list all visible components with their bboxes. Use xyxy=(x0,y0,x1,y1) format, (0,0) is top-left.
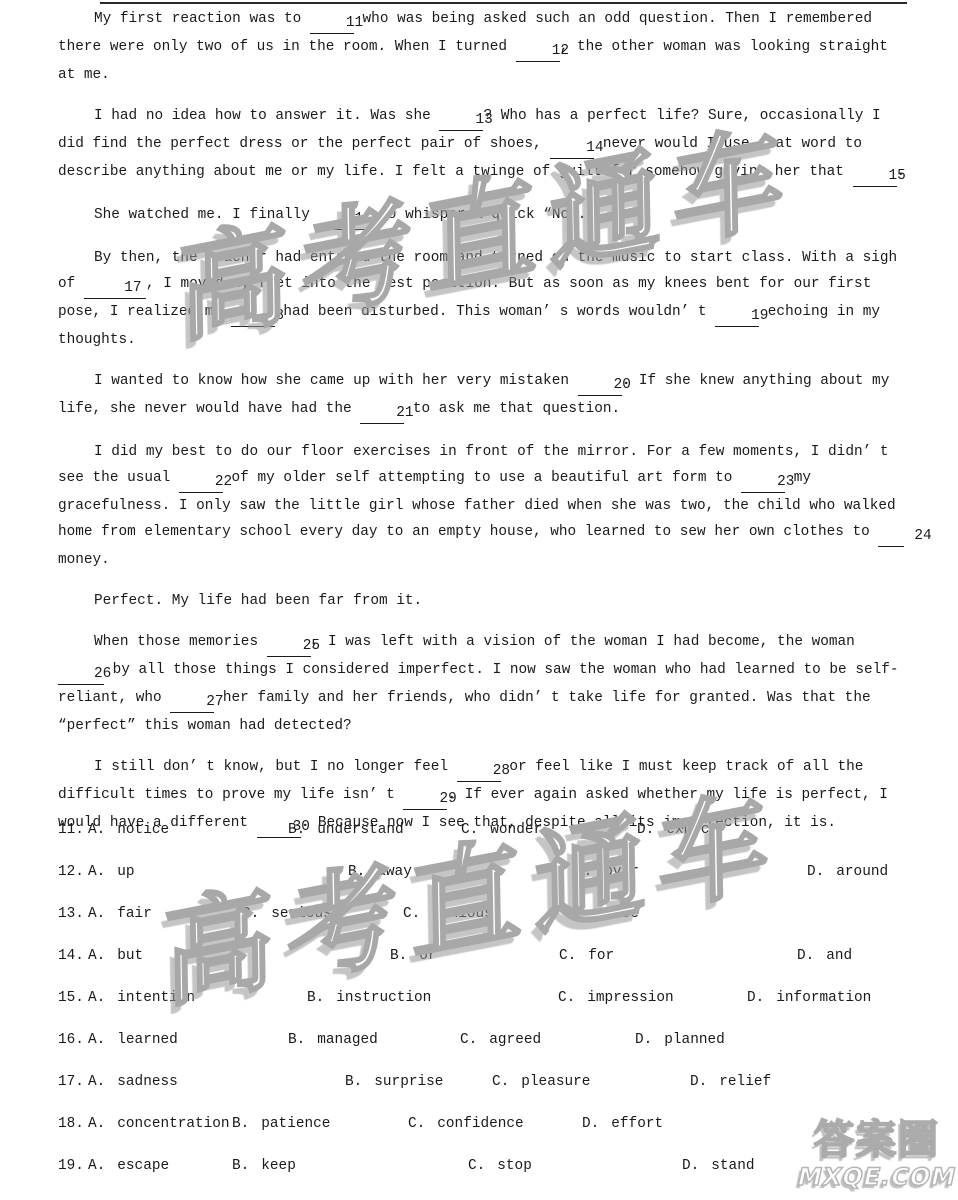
option-16-A: A.learned xyxy=(88,1027,178,1053)
option-text: up xyxy=(117,864,134,880)
option-label: D. xyxy=(635,1032,652,1048)
option-label: D. xyxy=(682,1158,699,1174)
blank-group: 17, xyxy=(84,276,155,292)
blank-group: 11 xyxy=(310,11,354,27)
paragraph: I wanted to know how she came up with he… xyxy=(58,368,908,424)
option-label: D. xyxy=(575,906,592,922)
paragraph: My first reaction was to 11 who was bein… xyxy=(58,6,908,88)
option-text: effort xyxy=(611,1116,663,1132)
option-label: A. xyxy=(88,1116,105,1132)
option-15-A: A.intention xyxy=(88,985,195,1011)
option-text: serious xyxy=(271,906,331,922)
option-text: notice xyxy=(117,822,169,838)
blank-group: 25, xyxy=(267,634,320,650)
cloze-blank-25: 25 xyxy=(267,637,311,657)
option-text: escape xyxy=(117,1158,169,1174)
option-text: for xyxy=(588,948,614,964)
option-label: C. xyxy=(408,1116,425,1132)
cloze-blank-21: 21 xyxy=(360,404,404,424)
blank-group: 14 xyxy=(550,136,594,152)
question-number: 16. xyxy=(58,1027,84,1053)
option-label: A. xyxy=(88,822,105,838)
blank-group: 28 xyxy=(457,759,501,775)
option-label: A. xyxy=(88,864,105,880)
option-label: B. xyxy=(242,906,259,922)
option-text: planned xyxy=(664,1032,724,1048)
question-number: 15. xyxy=(58,985,84,1011)
question-row-19: 19.A.escapeB.keepC.stopD.stand xyxy=(58,1153,918,1179)
option-text: anxious xyxy=(432,906,492,922)
option-text: stand xyxy=(711,1158,754,1174)
question-row-16: 16.A.learnedB.managedC.agreedD.planned xyxy=(58,1027,918,1053)
option-text: expect xyxy=(666,822,718,838)
question-row-11: 11.A.noticeB.understandC.wonderD.expect xyxy=(58,817,918,843)
option-label: D. xyxy=(797,948,814,964)
option-16-C: C.agreed xyxy=(460,1027,541,1053)
question-number: 11. xyxy=(58,817,84,843)
option-label: C. xyxy=(461,822,478,838)
option-label: A. xyxy=(88,1032,105,1048)
option-11-B: B.understand xyxy=(288,817,404,843)
question-number: 13. xyxy=(58,901,84,927)
scanned-exam-page: My first reaction was to 11 who was bein… xyxy=(0,0,958,1200)
option-label: C. xyxy=(403,906,420,922)
option-16-B: B.managed xyxy=(288,1027,378,1053)
cloze-blank-14: 14 xyxy=(550,139,594,159)
option-label: A. xyxy=(88,948,105,964)
option-14-A: A.but xyxy=(88,943,143,969)
option-label: D. xyxy=(582,1116,599,1132)
option-text: or xyxy=(419,948,436,964)
question-list: 11.A.noticeB.understandC.wonderD.expect1… xyxy=(58,817,918,1195)
option-label: C. xyxy=(559,948,576,964)
option-12-C: C.over xyxy=(575,859,639,885)
cloze-blank-27: 27 xyxy=(170,693,214,713)
option-13-C: C.anxious xyxy=(403,901,493,927)
cloze-blank-19: 19 xyxy=(715,307,759,327)
paragraph: By then, the teacher had entered the roo… xyxy=(58,245,908,353)
option-label: B. xyxy=(345,1074,362,1090)
option-15-C: C.impression xyxy=(558,985,674,1011)
blank-group: 27 xyxy=(170,690,214,706)
paragraph: I did my best to do our floor exercises … xyxy=(58,439,908,573)
option-text: stop xyxy=(497,1158,532,1174)
blank-group: 24 xyxy=(878,524,904,540)
blank-group: 23 xyxy=(741,470,785,486)
question-row-17: 17.A.sadnessB.surpriseC.pleasureD.relief xyxy=(58,1069,918,1095)
option-text: learned xyxy=(117,1032,177,1048)
cloze-blank-15: 15 xyxy=(853,167,897,187)
option-text: away xyxy=(377,864,412,880)
question-row-14: 14.A.butB.orC.forD.and xyxy=(58,943,918,969)
option-label: D. xyxy=(807,864,824,880)
option-text: fair xyxy=(117,906,152,922)
cloze-blank-18: 18 xyxy=(231,307,275,327)
option-17-A: A.sadness xyxy=(88,1069,178,1095)
option-text: instruction xyxy=(336,990,431,1006)
cloze-blank-17: 17 xyxy=(84,279,146,299)
paragraph: She watched me. I finally 16 to whisper … xyxy=(58,202,908,230)
option-text: managed xyxy=(317,1032,377,1048)
option-text: sadness xyxy=(117,1074,177,1090)
blank-group: 26 xyxy=(58,662,104,678)
option-13-B: B.serious xyxy=(242,901,332,927)
question-number: 19. xyxy=(58,1153,84,1179)
option-text: patience xyxy=(261,1116,330,1132)
option-label: B. xyxy=(232,1116,249,1132)
option-label: B. xyxy=(232,1158,249,1174)
cloze-blank-12: 12 xyxy=(516,42,560,62)
option-13-D: D.wise xyxy=(575,901,639,927)
option-text: and xyxy=(826,948,852,964)
cloze-passage: My first reaction was to 11 who was bein… xyxy=(58,6,908,853)
option-label: D. xyxy=(690,1074,707,1090)
option-14-B: B.or xyxy=(390,943,437,969)
cloze-blank-29: 29 xyxy=(403,790,447,810)
cloze-blank-13: 13 xyxy=(439,111,483,131)
option-14-C: C.for xyxy=(559,943,614,969)
option-text: wonder xyxy=(490,822,542,838)
option-label: B. xyxy=(348,864,365,880)
option-text: keep xyxy=(261,1158,296,1174)
option-text: understand xyxy=(317,822,403,838)
option-label: A. xyxy=(88,1158,105,1174)
blank-group: 15. xyxy=(853,164,906,180)
option-text: relief xyxy=(719,1074,771,1090)
cloze-blank-16: 16 xyxy=(319,210,371,230)
option-text: surprise xyxy=(374,1074,443,1090)
option-label: B. xyxy=(390,948,407,964)
question-number: 18. xyxy=(58,1111,84,1137)
blank-group: 22 xyxy=(179,470,223,486)
question-number: 12. xyxy=(58,859,84,885)
option-18-C: C.confidence xyxy=(408,1111,524,1137)
option-17-D: D.relief xyxy=(690,1069,771,1095)
option-12-D: D.around xyxy=(807,859,888,885)
option-17-C: C.pleasure xyxy=(492,1069,590,1095)
blank-group: 18 xyxy=(231,304,275,320)
option-label: B. xyxy=(288,822,305,838)
top-horizontal-rule xyxy=(100,2,907,4)
option-12-B: B.away xyxy=(348,859,412,885)
option-label: A. xyxy=(88,906,105,922)
cloze-blank-23: 23 xyxy=(741,473,785,493)
question-number: 14. xyxy=(58,943,84,969)
option-18-B: B.patience xyxy=(232,1111,330,1137)
cloze-blank-26: 26 xyxy=(58,665,104,685)
cloze-blank-24: 24 xyxy=(878,527,904,547)
cloze-blank-22: 22 xyxy=(179,473,223,493)
option-label: D. xyxy=(747,990,764,1006)
paragraph: When those memories 25, I was left with … xyxy=(58,629,908,739)
question-row-15: 15.A.intentionB.instructionC.impressionD… xyxy=(58,985,918,1011)
option-text: over xyxy=(604,864,639,880)
blank-group: 19 xyxy=(715,304,759,320)
option-label: A. xyxy=(88,1074,105,1090)
option-text: wise xyxy=(604,906,639,922)
blank-group: 13? xyxy=(439,108,492,124)
question-number: 17. xyxy=(58,1069,84,1095)
option-text: around xyxy=(836,864,888,880)
option-19-C: C.stop xyxy=(468,1153,532,1179)
cloze-blank-20: 20 xyxy=(578,376,622,396)
option-19-A: A.escape xyxy=(88,1153,169,1179)
option-18-D: D.effort xyxy=(582,1111,663,1137)
blank-group: 21 xyxy=(360,401,404,417)
option-text: concentration xyxy=(117,1116,229,1132)
question-row-13: 13.A.fairB.seriousC.anxiousD.wise xyxy=(58,901,918,927)
option-13-A: A.fair xyxy=(88,901,152,927)
option-label: B. xyxy=(288,1032,305,1048)
cloze-blank-28: 28 xyxy=(457,762,501,782)
option-14-D: D.and xyxy=(797,943,852,969)
option-label: C. xyxy=(468,1158,485,1174)
option-11-A: A.notice xyxy=(88,817,169,843)
option-label: A. xyxy=(88,990,105,1006)
option-12-A: A.up xyxy=(88,859,135,885)
cloze-blank-11: 11 xyxy=(310,14,354,34)
option-text: impression xyxy=(587,990,673,1006)
paragraph: I had no idea how to answer it. Was she … xyxy=(58,103,908,187)
option-label: C. xyxy=(460,1032,477,1048)
option-16-D: D.planned xyxy=(635,1027,725,1053)
option-text: pleasure xyxy=(521,1074,590,1090)
question-row-18: 18.A.concentrationB.patienceC.confidence… xyxy=(58,1111,918,1137)
option-18-A: A.concentration xyxy=(88,1111,230,1137)
option-19-D: D.stand xyxy=(682,1153,754,1179)
blank-group: 12, xyxy=(516,39,569,55)
blank-group: 20. xyxy=(578,373,631,389)
option-label: B. xyxy=(307,990,324,1006)
option-text: confidence xyxy=(437,1116,523,1132)
question-row-12: 12.A.upB.awayC.overD.around xyxy=(58,859,918,885)
option-15-B: B.instruction xyxy=(307,985,431,1011)
option-label: C. xyxy=(575,864,592,880)
option-17-B: B.surprise xyxy=(345,1069,443,1095)
option-text: intention xyxy=(117,990,195,1006)
option-15-D: D.information xyxy=(747,985,871,1011)
option-text: information xyxy=(776,990,871,1006)
option-19-B: B.keep xyxy=(232,1153,296,1179)
option-label: C. xyxy=(492,1074,509,1090)
option-label: C. xyxy=(558,990,575,1006)
option-text: but xyxy=(117,948,143,964)
option-11-D: D.expect xyxy=(637,817,718,843)
blank-group: 16 xyxy=(319,207,371,223)
paragraph: Perfect. My life had been far from it. xyxy=(58,588,908,614)
option-11-C: C.wonder xyxy=(461,817,542,843)
option-label: D. xyxy=(637,822,654,838)
option-text: agreed xyxy=(489,1032,541,1048)
blank-group: 29. xyxy=(403,787,456,803)
